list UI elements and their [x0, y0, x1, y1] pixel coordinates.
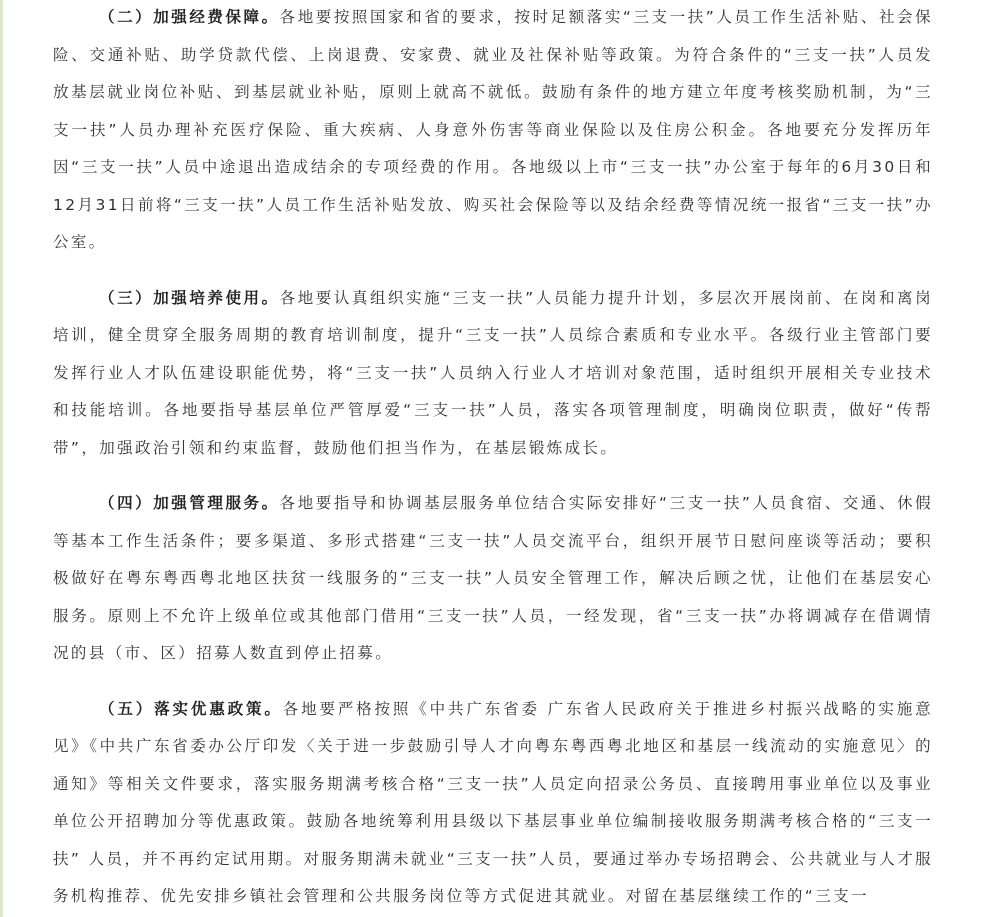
paragraph-heading: （三）加强培养使用。	[99, 288, 280, 307]
paragraph-training: （三）加强培养使用。各地要认真组织实施“三支一扶”人员能力提升计划，多层次开展岗…	[53, 279, 933, 468]
left-border	[0, 0, 3, 917]
paragraph-heading: （四）加强管理服务。	[99, 493, 280, 512]
paragraph-management: （四）加强管理服务。各地要指导和协调基层服务单位结合实际安排好“三支一扶”人员食…	[53, 484, 933, 673]
paragraph-heading: （二）加强经费保障。	[99, 7, 280, 26]
paragraph-text: 各地要指导和协调基层服务单位结合实际安排好“三支一扶”人员食宿、交通、休假等基本…	[53, 494, 933, 662]
paragraph-policy: （五）落实优惠政策。各地要严格按照《中共广东省委 广东省人民政府关于推进乡村振兴…	[53, 690, 933, 916]
paragraph-text: 各地要按照国家和省的要求，按时足额落实“三支一扶”人员工作生活补贴、社会保险、交…	[53, 8, 933, 251]
paragraph-text: 各地要严格按照《中共广东省委 广东省人民政府关于推进乡村振兴战略的实施意见》《中…	[53, 700, 933, 906]
paragraph-funding: （二）加强经费保障。各地要按照国家和省的要求，按时足额落实“三支一扶”人员工作生…	[53, 0, 933, 262]
paragraph-heading: （五）落实优惠政策。	[99, 699, 283, 718]
article-body: （二）加强经费保障。各地要按照国家和省的要求，按时足额落实“三支一扶”人员工作生…	[53, 0, 933, 916]
paragraph-text: 各地要认真组织实施“三支一扶”人员能力提升计划，多层次开展岗前、在岗和离岗培训，…	[53, 289, 933, 457]
